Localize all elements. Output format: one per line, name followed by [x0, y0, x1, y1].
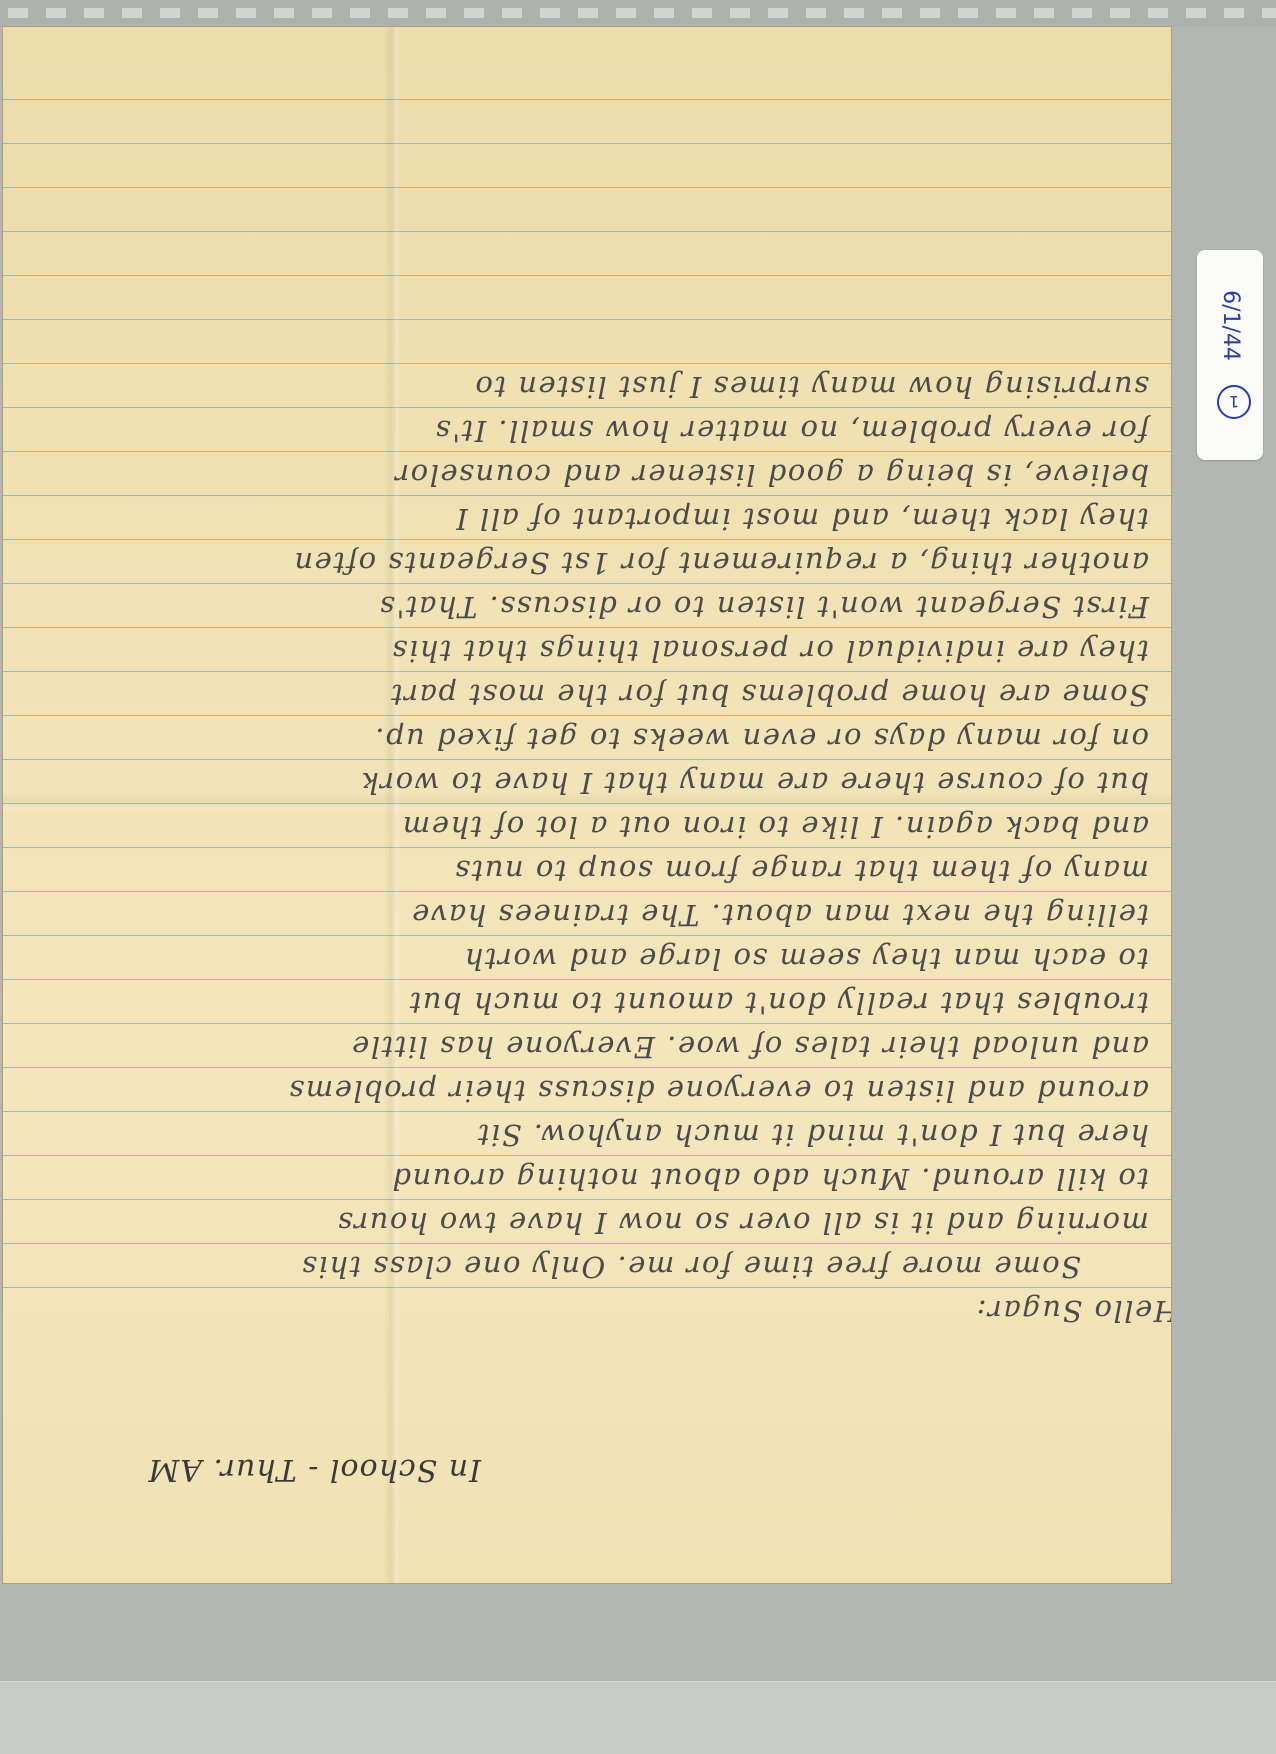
rule-line: [3, 363, 1171, 364]
rule-line: [3, 143, 1171, 144]
rule-line: [3, 847, 1171, 848]
letter-line: surprising how many times I just listen …: [21, 372, 1149, 401]
letter-line: they lack them, and most important of al…: [21, 504, 1149, 533]
scanner-bed-top: [0, 0, 1276, 27]
scanner-bed-bottom: [0, 1681, 1276, 1754]
letter-line: another thing, a requirement for 1st Ser…: [21, 548, 1149, 577]
rule-line: [3, 583, 1171, 584]
rule-line: [3, 979, 1171, 980]
letter-line: Some are home problems but for the most …: [21, 680, 1149, 709]
rule-line: [3, 451, 1171, 452]
letter-line: and back again. I like to iron out a lot…: [21, 812, 1149, 841]
letter-line: many of them that range from soup to nut…: [21, 856, 1149, 885]
letter-line: telling the next man about. The trainees…: [21, 900, 1149, 929]
rule-line: [3, 759, 1171, 760]
rule-line: [3, 187, 1171, 188]
label-date: 6/1/44: [1197, 270, 1263, 380]
rule-line: [3, 495, 1171, 496]
letter-line: around and listen to everyone discuss th…: [21, 1076, 1149, 1105]
rule-line: [3, 275, 1171, 276]
paper-fold-creases: [3, 27, 1171, 1583]
label-date-text: 6/1/44: [1218, 290, 1243, 361]
letter-line: Some more free time for me. Only one cla…: [21, 1252, 1081, 1281]
rule-line: [3, 231, 1171, 232]
letter-page: In School - Thur. AM Hello Sugar: Some m…: [3, 27, 1171, 1583]
rule-line: [3, 319, 1171, 320]
letter-line: on for many days or even weeks to get fi…: [21, 724, 1149, 753]
perforation-strip: [0, 8, 1276, 18]
letter-line: for every problem, no matter how small. …: [21, 416, 1149, 445]
rule-line: [3, 1111, 1171, 1112]
letter-line: here but I don't mind it much anyhow. Si…: [21, 1120, 1149, 1149]
rule-line: [3, 671, 1171, 672]
rule-line: [3, 891, 1171, 892]
letter-line: they are individual or personal things t…: [21, 636, 1149, 665]
rule-line: [3, 407, 1171, 408]
letter-line: to each man they seem so large and worth: [21, 944, 1149, 973]
rule-line: [3, 803, 1171, 804]
rule-line: [3, 1023, 1171, 1024]
letter-line: to kill around. Much ado about nothing a…: [21, 1164, 1149, 1193]
rule-line: [3, 627, 1171, 628]
rule-line: [3, 1155, 1171, 1156]
letter-line: morning and it is all over so now I have…: [21, 1208, 1149, 1237]
rule-line: [3, 539, 1171, 540]
letter-greeting: Hello Sugar:: [21, 1296, 1171, 1325]
rule-line: [3, 99, 1171, 100]
letter-header: In School - Thur. AM: [148, 1452, 481, 1487]
letter-line: troubles that really don't amount to muc…: [21, 988, 1149, 1017]
circled-number-mark: 1: [1217, 385, 1251, 419]
rule-line: [3, 1067, 1171, 1068]
rule-line: [3, 1243, 1171, 1244]
letter-line: believe, is being a good listener and co…: [21, 460, 1149, 489]
archive-label: 6/1/44 1: [1197, 250, 1263, 460]
circled-number-text: 1: [1229, 393, 1239, 412]
letter-line: First Sergeant won't listen to or discus…: [21, 592, 1149, 621]
rule-line: [3, 1199, 1171, 1200]
rule-line: [3, 1287, 1171, 1288]
letter-line: but of course there are many that I have…: [21, 768, 1149, 797]
letter-line: and unload their tales of woe. Everyone …: [21, 1032, 1149, 1061]
rule-line: [3, 715, 1171, 716]
rule-line: [3, 935, 1171, 936]
